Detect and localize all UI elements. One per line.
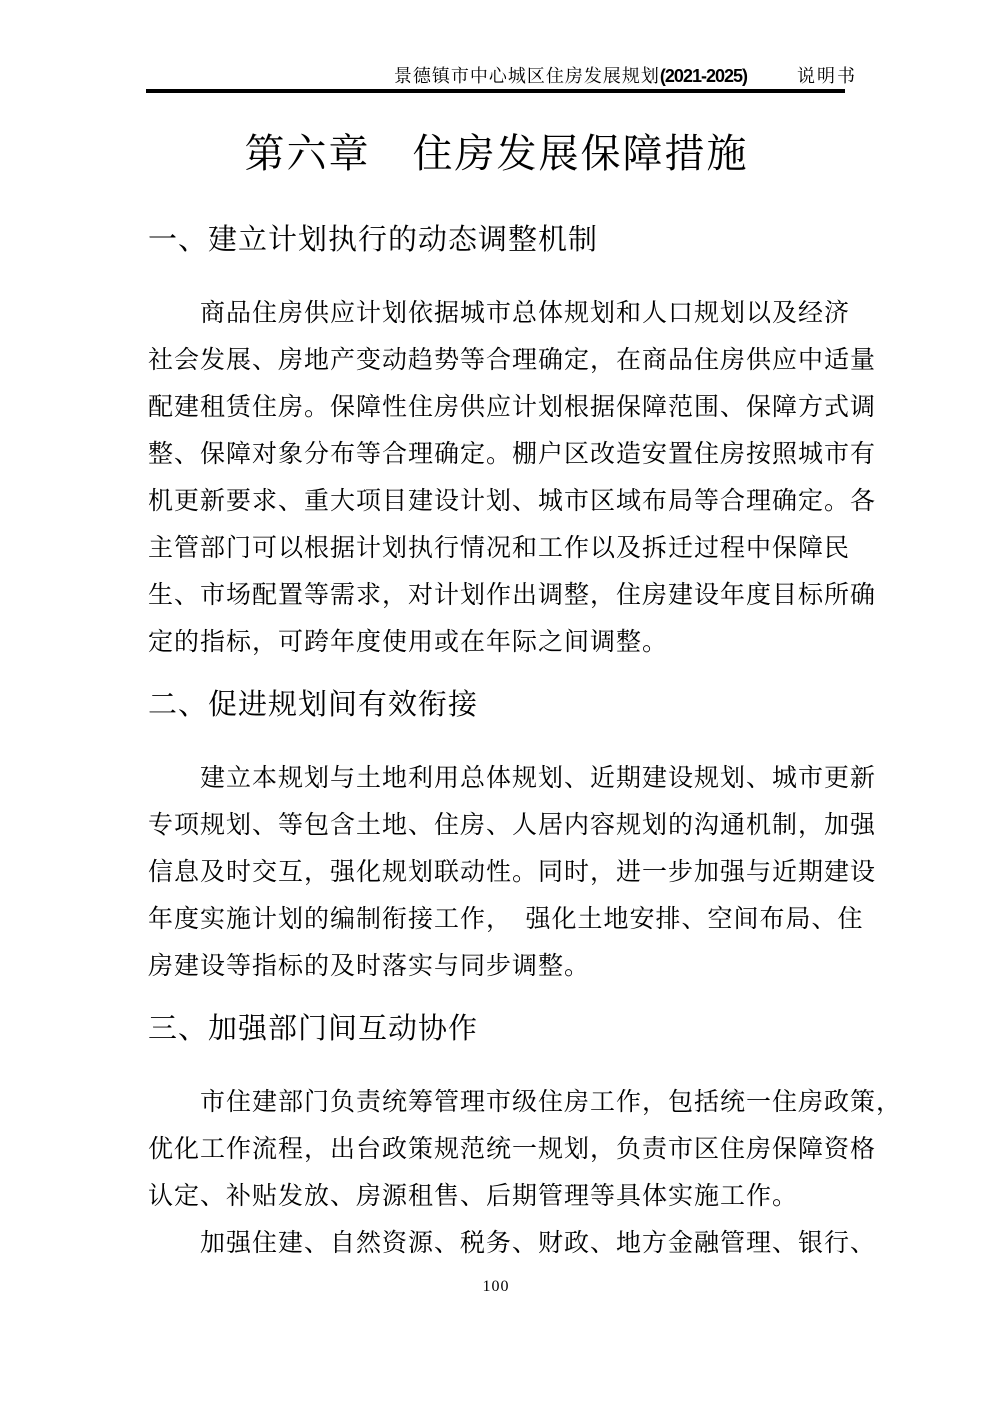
section-heading: 一、建立计划执行的动态调整机制 [148,225,845,255]
para-line: 信息及时交互，强化规划联动性。同时，进一步加强与近期建设 [148,849,845,896]
para-line: 市住建部门负责统筹管理市级住房工作，包括统一住房政策， [148,1079,845,1126]
para-line: 优化工作流程，出台政策规范统一规划，负责市区住房保障资格 [148,1126,845,1173]
para-line: 配建租赁住房。保障性住房供应计划根据保障范围、保障方式调 [148,384,845,431]
para-line: 加强住建、自然资源、税务、财政、地方金融管理、银行、 [148,1220,845,1267]
para-line: 专项规划、等包含土地、住房、人居内容规划的沟通机制，加强 [148,802,845,849]
para-line: 建立本规划与土地利用总体规划、近期建设规划、城市更新 [148,755,845,802]
document-page: 景德镇市中心城区住房发展规划(2021-2025) 说明书 第六章 住房发展保障… [0,0,992,1403]
para-line: 房建设等指标的及时落实与同步调整。 [148,943,845,990]
para-line: 认定、补贴发放、房源租售、后期管理等具体实施工作。 [148,1173,845,1220]
chapter-title: 第六章 住房发展保障措施 [148,130,845,178]
para-line: 社会发展、房地产变动趋势等合理确定，在商品住房供应中适量 [148,337,845,384]
para-line: 机更新要求、重大项目建设计划、城市区域布局等合理确定。各 [148,478,845,525]
para-line: 年度实施计划的编制衔接工作， 强化土地安排、空间布局、住 [148,896,845,943]
section-heading: 二、促进规划间有效衔接 [148,690,845,720]
paragraph: 商品住房供应计划依据城市总体规划和人口规划以及经济社会发展、房地产变动趋势等合理… [148,290,845,666]
para-line: 整、保障对象分布等合理确定。棚户区改造安置住房按照城市有 [148,431,845,478]
para-line: 主管部门可以根据计划执行情况和工作以及拆迁过程中保障民 [148,525,845,572]
page-number: 100 [0,1278,992,1296]
paragraph: 建立本规划与土地利用总体规划、近期建设规划、城市更新专项规划、等包含土地、住房、… [148,755,845,990]
para-line: 定的指标，可跨年度使用或在年际之间调整。 [148,619,845,666]
section-heading: 三、加强部门间互动协作 [148,1014,845,1044]
paragraph: 市住建部门负责统筹管理市级住房工作，包括统一住房政策，优化工作流程，出台政策规范… [148,1079,845,1220]
content-column: 第六章 住房发展保障措施 一、建立计划执行的动态调整机制商品住房供应计划依据城市… [148,0,845,1267]
sections-root: 一、建立计划执行的动态调整机制商品住房供应计划依据城市总体规划和人口规划以及经济… [148,225,845,1267]
para-line: 商品住房供应计划依据城市总体规划和人口规划以及经济 [148,290,845,337]
paragraph: 加强住建、自然资源、税务、财政、地方金融管理、银行、 [148,1220,845,1267]
para-line: 生、市场配置等需求，对计划作出调整，住房建设年度目标所确 [148,572,845,619]
